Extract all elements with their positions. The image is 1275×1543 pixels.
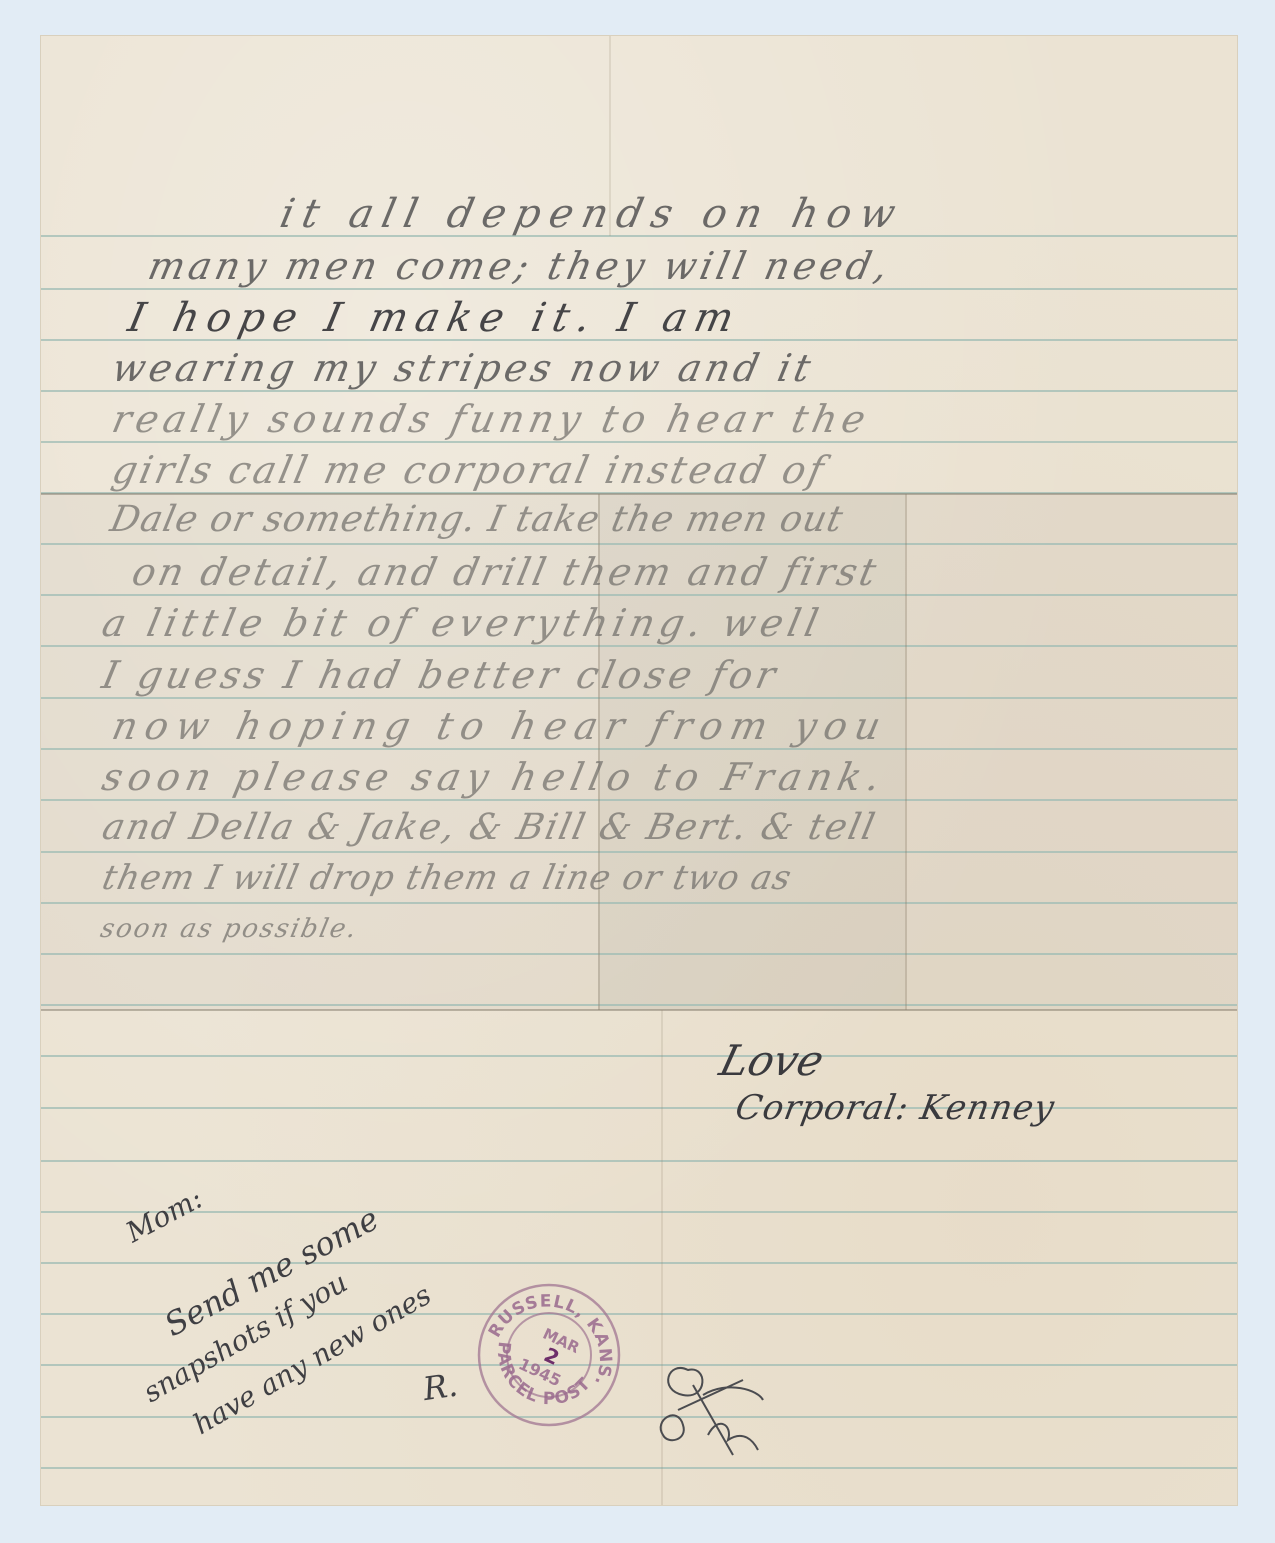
letter-line: them I will drop them a line or two as bbox=[99, 861, 794, 895]
letter-line: on detail, and drill them and first bbox=[129, 553, 882, 591]
postmark-stamp: RUSSELL, KANS. PARCEL POST MAR 2 1945 bbox=[474, 1280, 624, 1430]
ruled-line bbox=[41, 697, 1237, 699]
ruled-line bbox=[41, 851, 1237, 853]
ruled-line bbox=[41, 645, 1237, 647]
letter-line: girls call me corporal instead of bbox=[109, 451, 830, 489]
ruled-line bbox=[41, 799, 1237, 801]
letter-signature: Corporal: Kenney bbox=[732, 1088, 1057, 1128]
letter-line: soon please say hello to Frank. bbox=[99, 758, 889, 796]
initials-scrawl-icon bbox=[648, 1350, 778, 1460]
ruled-line bbox=[41, 543, 1237, 545]
fold-crease bbox=[41, 1009, 1237, 1011]
initials-text: O.K. bbox=[778, 1350, 779, 1351]
postscript-salutation: Mom: bbox=[121, 1182, 208, 1249]
fold-crease bbox=[905, 494, 907, 1010]
marginal-initials: O.K. bbox=[648, 1350, 778, 1460]
letter-page: it all depends on how many men come; the… bbox=[41, 36, 1237, 1505]
paper-stain bbox=[905, 494, 1237, 1010]
ruled-line bbox=[41, 1107, 1237, 1109]
postmark-circle-icon: RUSSELL, KANS. PARCEL POST MAR 2 1945 bbox=[474, 1280, 624, 1430]
ruled-line bbox=[41, 594, 1237, 596]
letter-line: it all depends on how bbox=[277, 194, 908, 234]
ruled-line bbox=[41, 953, 1237, 955]
ruled-line bbox=[41, 1467, 1237, 1469]
ruled-line bbox=[41, 1055, 1237, 1057]
ruled-line bbox=[41, 748, 1237, 750]
letter-closing: Love bbox=[715, 1036, 829, 1085]
letter-line: I hope I make it. I am bbox=[125, 298, 745, 338]
ruled-line bbox=[41, 1004, 1237, 1006]
letter-line: many men come; they will need, bbox=[145, 247, 895, 285]
ruled-line bbox=[41, 390, 1237, 392]
ruled-line bbox=[41, 902, 1237, 904]
letter-line: really sounds funny to hear the bbox=[109, 400, 874, 438]
ruled-line bbox=[41, 441, 1237, 443]
letter-line: now hoping to hear from you bbox=[109, 707, 892, 745]
ruled-line bbox=[41, 1160, 1237, 1162]
fold-crease bbox=[41, 493, 1237, 495]
ruled-line bbox=[41, 288, 1237, 290]
letter-line: Dale or something. I take the men out bbox=[107, 502, 846, 538]
letter-line: a little bit of everything. well bbox=[99, 604, 826, 642]
postscript-initial: R. bbox=[421, 1366, 460, 1408]
letter-line: soon as possible. bbox=[98, 916, 360, 942]
letter-line: wearing my stripes now and it bbox=[109, 349, 818, 387]
letter-line: I guess I had better close for bbox=[99, 656, 783, 694]
letter-line: and Della & Jake, & Bill & Bert. & tell bbox=[99, 810, 879, 846]
